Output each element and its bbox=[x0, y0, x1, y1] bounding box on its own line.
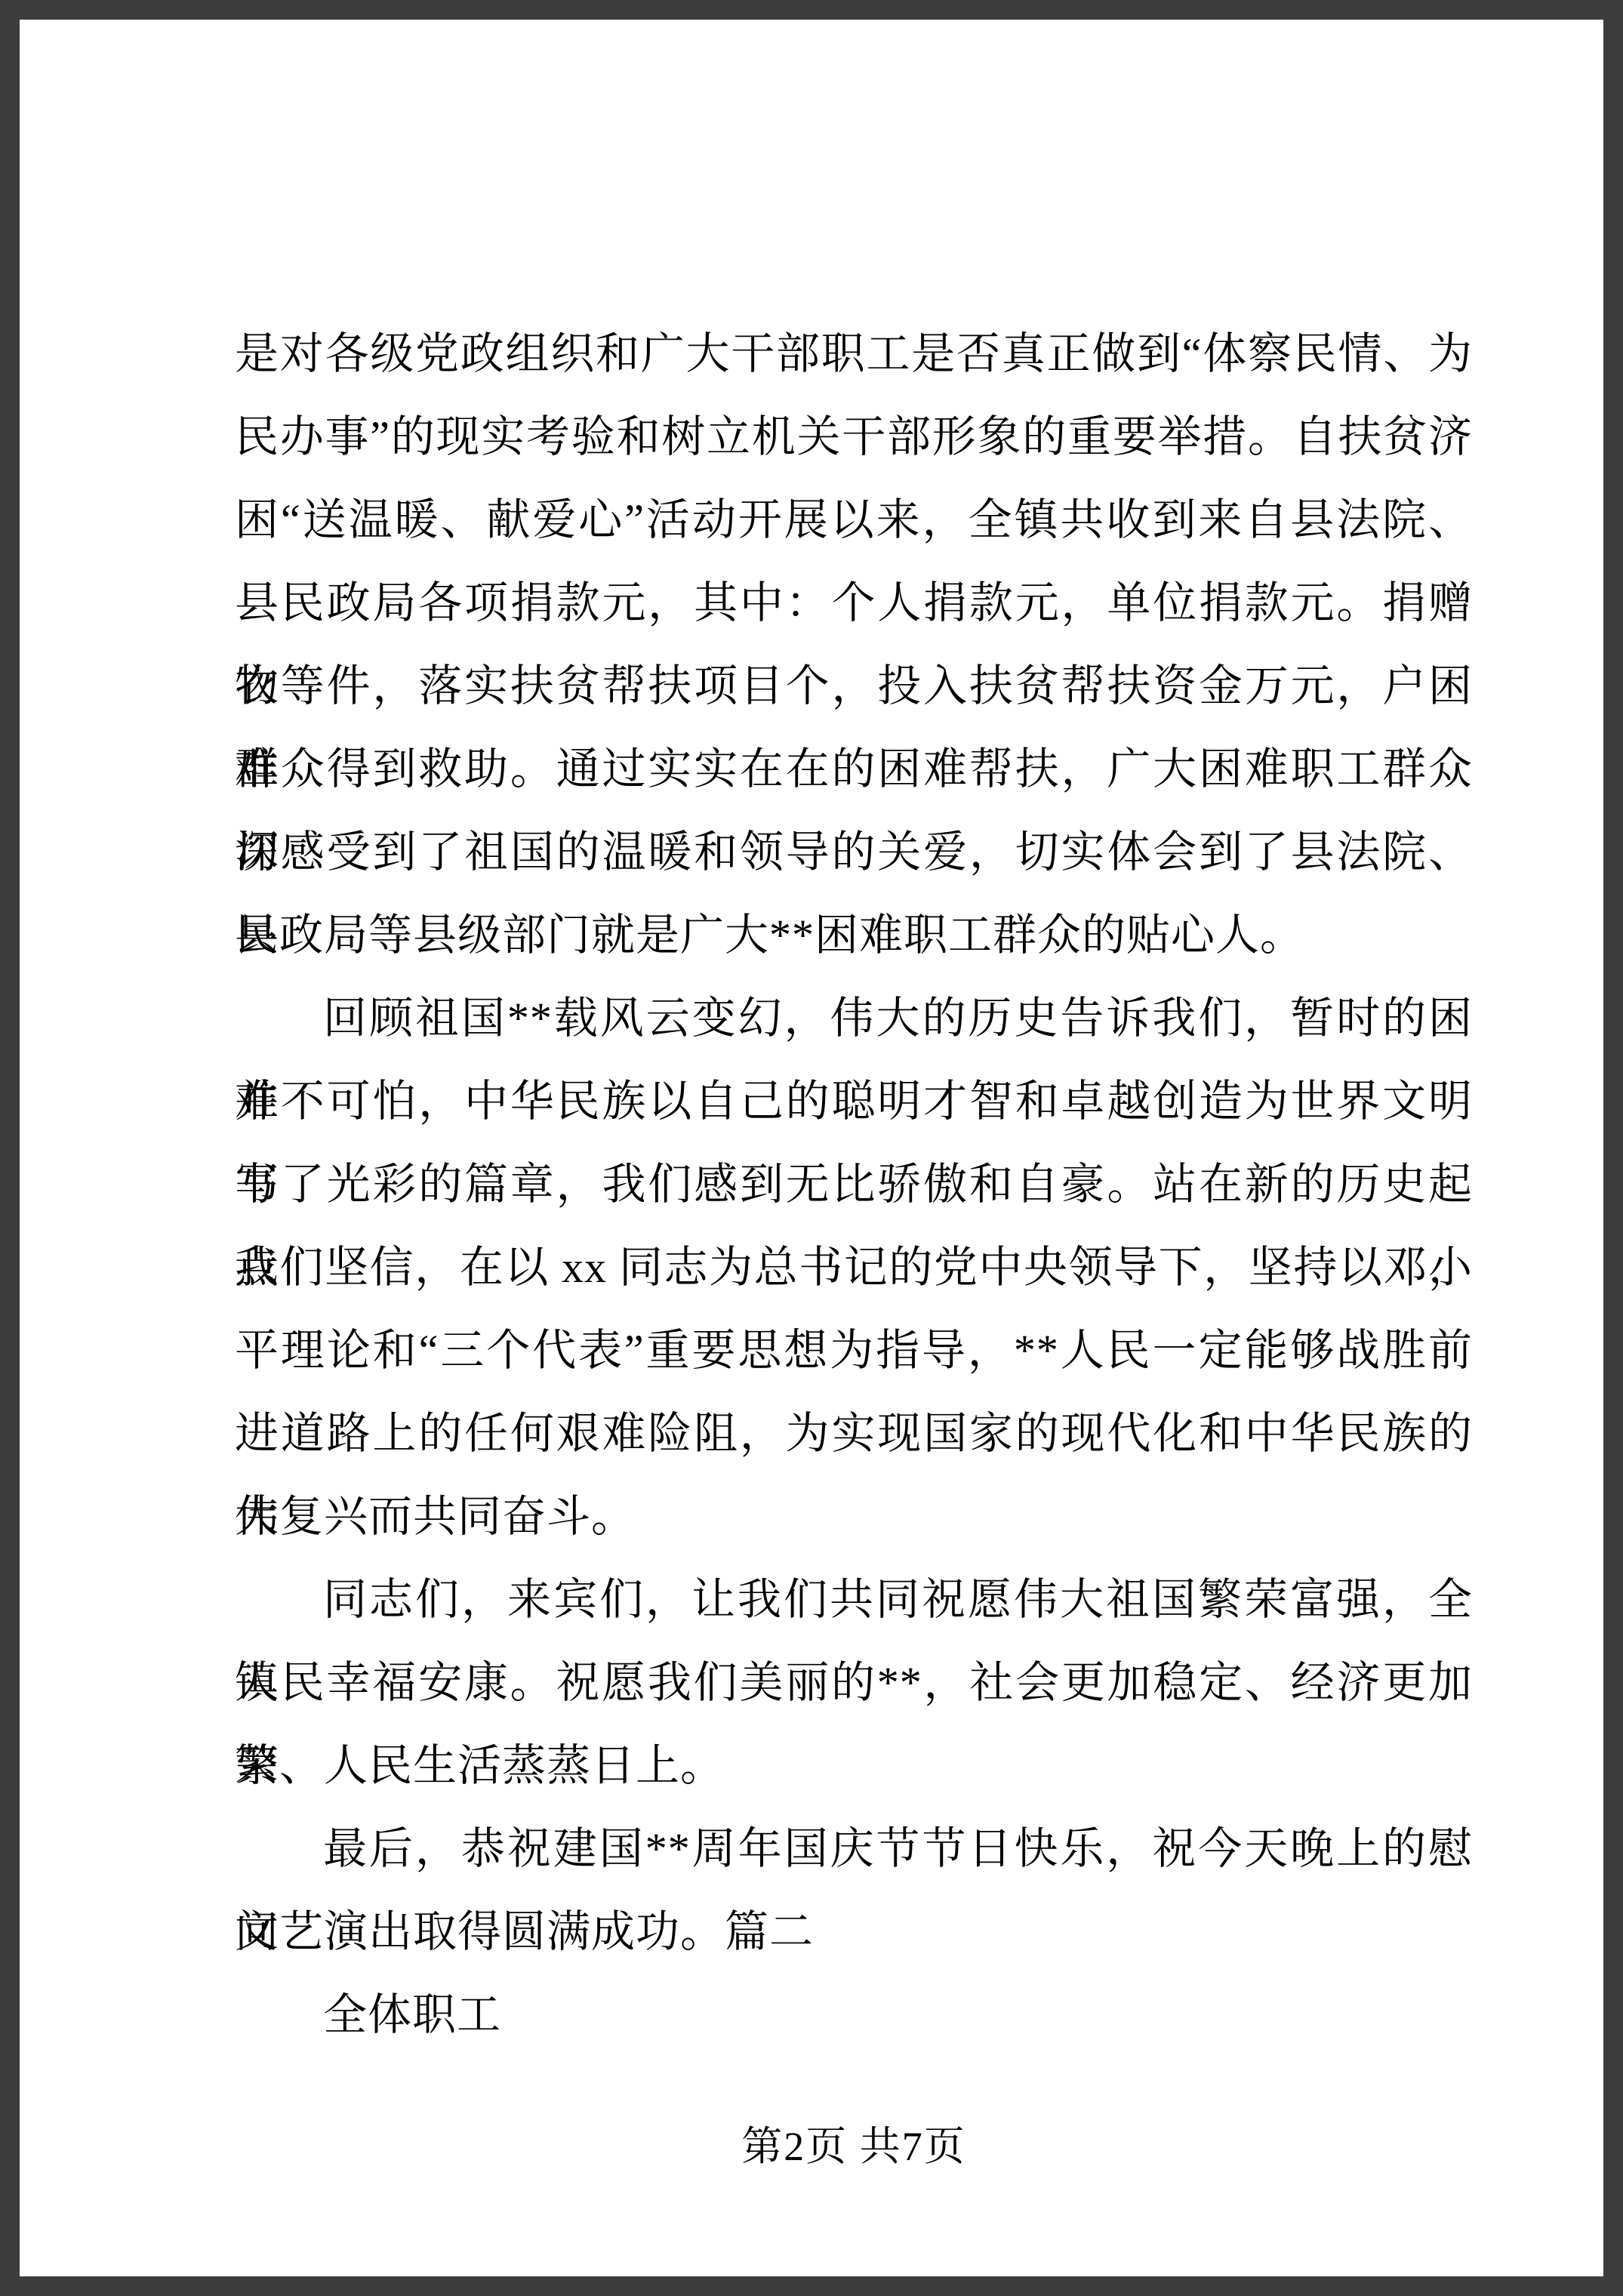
paragraph: 最后，恭祝建国**周年国庆节节日快乐，祝今天晚上的慰问 文艺演出取得圆满成功。篇… bbox=[235, 1808, 1473, 1974]
text-line: 人民幸福安康。祝愿我们美丽的**，社会更加稳定、经济更加繁 bbox=[235, 1641, 1473, 1724]
text-line: 平理论和“三个代表”重要思想为指导，**人民一定能够战胜前 bbox=[235, 1309, 1473, 1392]
text-line: 切感受到了祖国的温暖和领导的关爱，切实体会到了县法院、县 bbox=[235, 811, 1473, 894]
text-line: 并不可怕，中华民族以自己的聪明才智和卓越创造为世界文明书 bbox=[235, 1060, 1473, 1143]
page-footer: 第2页 共7页 bbox=[235, 2120, 1473, 2173]
text-line: 群众得到救助。通过实实在在的困难帮扶，广大困难职工群众深 bbox=[235, 728, 1473, 811]
text-line: 荣、人民生活蒸蒸日上。 bbox=[235, 1724, 1473, 1808]
text-line: 全体职工 bbox=[235, 1974, 1473, 2057]
text-line: 进道路上的任何艰难险阻，为实现国家的现代化和中华民族的伟 bbox=[235, 1392, 1473, 1475]
document-body: 是对各级党政组织和广大干部职工是否真正做到“体察民情、为 民办事”的现实考验和树… bbox=[235, 313, 1473, 2057]
paragraph: 全体职工 bbox=[235, 1974, 1473, 2057]
text-line: 写了光彩的篇章，我们感到无比骄傲和自豪。站在新的历史起点， bbox=[235, 1143, 1473, 1226]
text-line: 民办事”的现实考验和树立机关干部形象的重要举措。自扶贫济 bbox=[235, 396, 1473, 479]
text-line: 回顾祖国**载风云变幻，伟大的历史告诉我们，暂时的困难 bbox=[235, 977, 1473, 1060]
document-page: 是对各级党政组织和广大干部职工是否真正做到“体察民情、为 民办事”的现实考验和树… bbox=[0, 0, 1623, 2296]
text-line: 县民政局各项捐款元，其中：个人捐款元，单位捐款元。捐赠衣 bbox=[235, 562, 1473, 645]
text-line: 大复兴而共同奋斗。 bbox=[235, 1475, 1473, 1558]
paragraph: 是对各级党政组织和广大干部职工是否真正做到“体察民情、为 民办事”的现实考验和树… bbox=[235, 313, 1473, 977]
text-line: 文艺演出取得圆满成功。篇二 bbox=[235, 1891, 1473, 1974]
text-line: 同志们，来宾们，让我们共同祝愿伟大祖国繁荣富强，全镇 bbox=[235, 1558, 1473, 1641]
text-line: 是对各级党政组织和广大干部职工是否真正做到“体察民情、为 bbox=[235, 313, 1473, 396]
text-line: 最后，恭祝建国**周年国庆节节日快乐，祝今天晚上的慰问 bbox=[235, 1808, 1473, 1891]
paragraph: 回顾祖国**载风云变幻，伟大的历史告诉我们，暂时的困难 并不可怕，中华民族以自己… bbox=[235, 977, 1473, 1558]
text-line: 民政局等县级部门就是广大**困难职工群众的贴心人。 bbox=[235, 894, 1473, 977]
paragraph: 同志们，来宾们，让我们共同祝愿伟大祖国繁荣富强，全镇 人民幸福安康。祝愿我们美丽… bbox=[235, 1558, 1473, 1808]
text-line: 我们坚信，在以 xx 同志为总书记的党中央领导下，坚持以邓小 bbox=[235, 1226, 1473, 1309]
text-line: 物等件，落实扶贫帮扶项目个，投入扶贫帮扶资金万元，户困难 bbox=[235, 645, 1473, 728]
text-line: 困“送温暖、献爱心”活动开展以来，全镇共收到来自县法院、 bbox=[235, 479, 1473, 562]
